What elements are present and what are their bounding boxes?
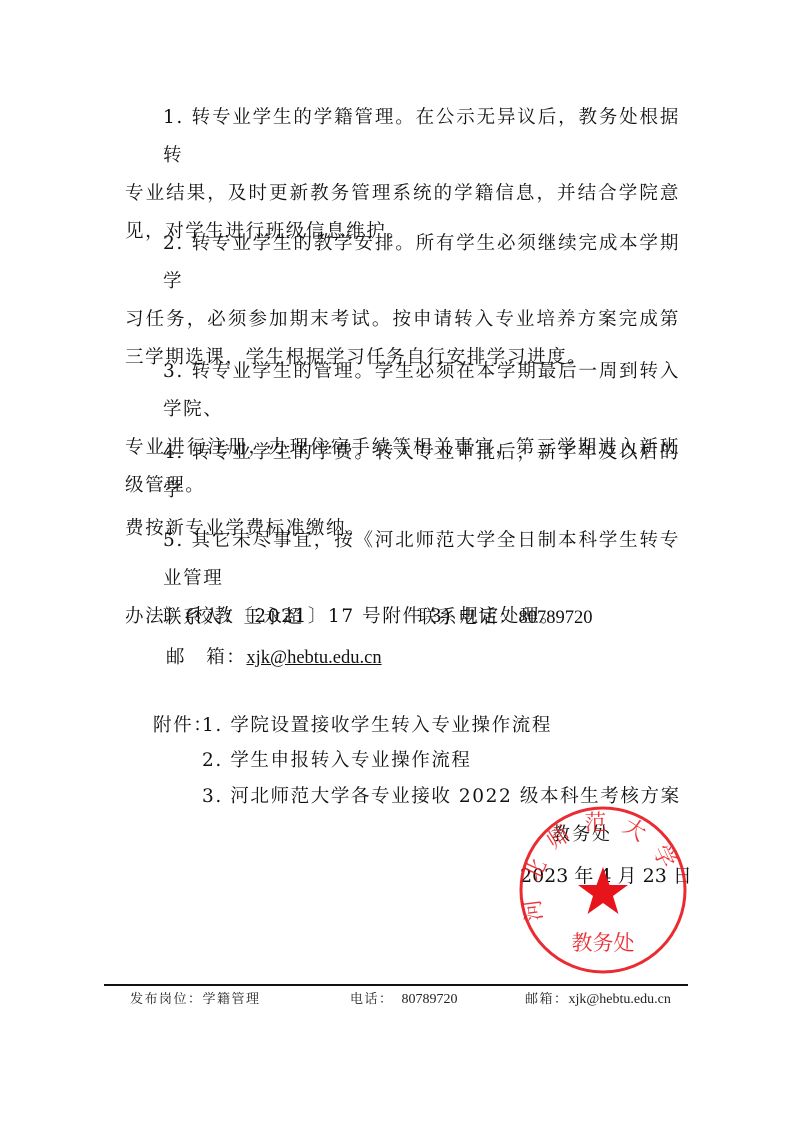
paragraph-1-first-line: 1. 转专业学生的学籍管理。在公示无异议后，教务处根据转 — [125, 99, 680, 175]
footer-phone: 电话：80789720 — [350, 988, 458, 1008]
contact-phone: 联系电话：80789720 — [418, 603, 593, 629]
contact-person: 联系人：王永超 — [163, 603, 304, 629]
footer-email-value: xjk@hebtu.edu.cn — [569, 992, 671, 1007]
contact-phone-label: 联系电话： — [418, 607, 519, 628]
contact-person-label: 联系人： — [163, 607, 243, 628]
attachment-item-1: 1. 学院设置接收学生转入专业操作流程 — [202, 711, 552, 737]
footer-email-label: 邮箱： — [525, 992, 569, 1007]
contact-phone-value: 80789720 — [519, 608, 593, 628]
footer-post-value: 学籍管理 — [203, 992, 261, 1007]
stamp-center-text: 教务处 — [572, 931, 635, 955]
footer-post: 发布岗位：学籍管理 — [130, 988, 261, 1007]
footer-post-label: 发布岗位： — [130, 992, 203, 1007]
contact-email: 邮 箱：xjk@hebtu.edu.cn — [166, 643, 382, 669]
paragraph-4-first-line: 4. 转专业学生的学费。转入专业审批后，新学年及以后的学 — [125, 434, 680, 510]
footer-phone-value: 80789720 — [402, 992, 458, 1007]
stamp-arc-text: 河北师范大学 — [518, 811, 685, 923]
star-icon — [578, 867, 628, 914]
official-seal-stamp: 河北师范大学 教务处 — [518, 805, 688, 975]
footer-email: 邮箱：xjk@hebtu.edu.cn — [525, 988, 671, 1008]
contact-person-name: 王永超 — [243, 607, 303, 628]
contact-email-link[interactable]: xjk@hebtu.edu.cn — [246, 648, 381, 668]
contact-email-label: 邮 箱： — [166, 647, 246, 668]
paragraph-3-first-line: 3. 转专业学生的管理。学生必须在本学期最后一周到转入学院、 — [125, 353, 680, 429]
document-page: 1. 转专业学生的学籍管理。在公示无异议后，教务处根据转 专业结果，及时更新教务… — [0, 0, 800, 1131]
attachment-item-2: 2. 学生申报转入专业操作流程 — [202, 746, 472, 772]
paragraph-2-first-line: 2. 转专业学生的教学安排。所有学生必须继续完成本学期学 — [125, 225, 680, 301]
footer-divider — [104, 984, 688, 986]
paragraph-5-first-line: 5. 其它未尽事宜，按《河北师范大学全日制本科学生转专业管理 — [125, 522, 680, 598]
footer-phone-label: 电话： — [350, 992, 394, 1007]
